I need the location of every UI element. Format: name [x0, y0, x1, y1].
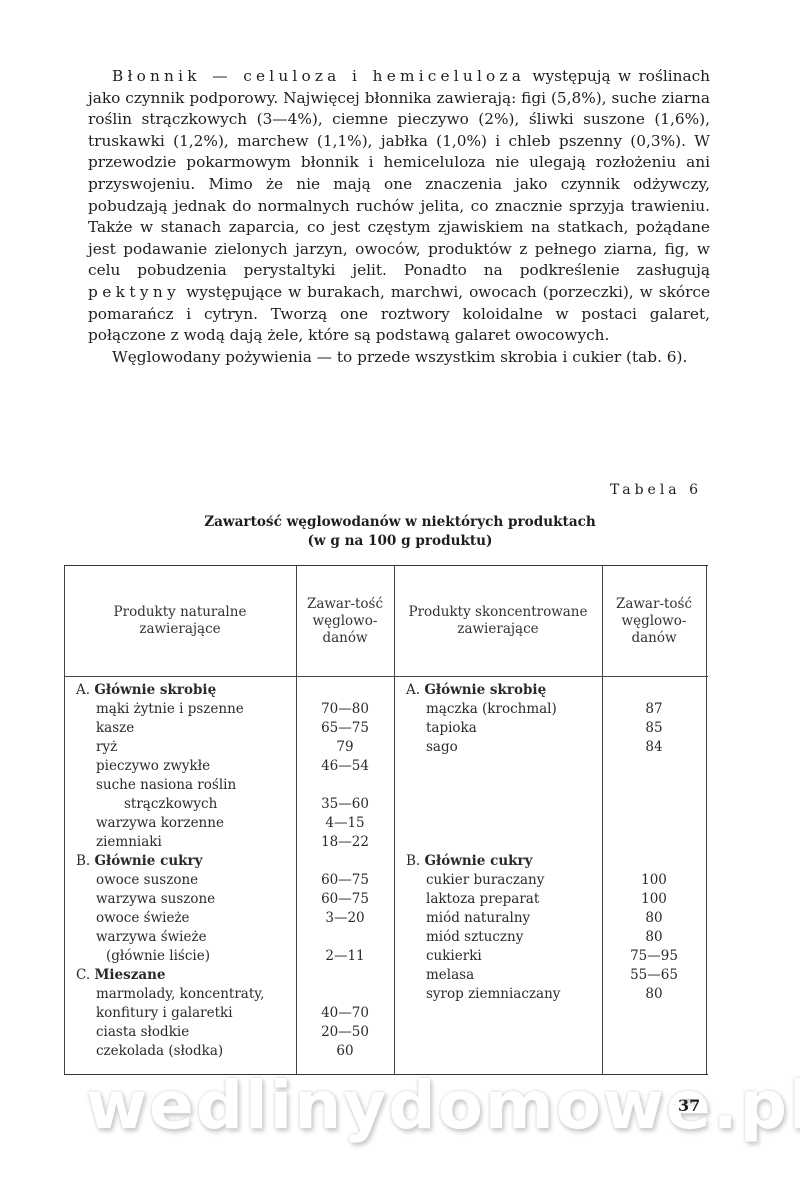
value-cell: 85 [602, 719, 706, 738]
body-text: Błonnik — celuloza i hemiceluloza występ… [88, 66, 710, 368]
table-row: ziemniaki [76, 833, 296, 852]
value-cell: 100 [602, 871, 706, 890]
value-cell: 35—60 [296, 795, 394, 814]
table-row: marmolady, koncentraty, [76, 985, 296, 1004]
value-cell [602, 814, 706, 833]
value-cell [296, 852, 394, 871]
table-row: owoce świeże [76, 909, 296, 928]
value-cell [602, 833, 706, 852]
table-row: warzywa suszone [76, 890, 296, 909]
table-row: warzywa korzenne [76, 814, 296, 833]
value-cell: 60—75 [296, 871, 394, 890]
table-row: owoce suszone [76, 871, 296, 890]
natural-values-column: 70—8065—757946—5435—604—1518—2260—7560—7… [296, 681, 394, 1061]
term-pectins: pektyny [88, 283, 180, 301]
value-cell: 60—75 [296, 890, 394, 909]
section-heading: B. Głównie cukry [76, 852, 296, 871]
value-cell: 84 [602, 738, 706, 757]
value-cell: 40—70 [296, 1004, 394, 1023]
table-row: mąki żytnie i pszenne [76, 700, 296, 719]
value-cell: 79 [296, 738, 394, 757]
table-row: konfitury i galaretki [76, 1004, 296, 1023]
value-cell: 60 [296, 1042, 394, 1061]
value-cell [602, 681, 706, 700]
table-row [406, 833, 602, 852]
header-natural: Produkty naturalnezawierające [64, 566, 296, 676]
value-cell [296, 966, 394, 985]
value-cell: 18—22 [296, 833, 394, 852]
table-title: Zawartość węglowodanów w niektórych prod… [0, 513, 800, 551]
value-cell: 70—80 [296, 700, 394, 719]
table-row: mączka (krochmal) [406, 700, 602, 719]
value-cell: 55—65 [602, 966, 706, 985]
value-cell: 65—75 [296, 719, 394, 738]
table-label: Tabela 6 [610, 482, 702, 498]
book-page: Błonnik — celuloza i hemiceluloza występ… [0, 0, 800, 1183]
table-row: laktoza preparat [406, 890, 602, 909]
value-cell: 80 [602, 928, 706, 947]
value-cell: 20—50 [296, 1023, 394, 1042]
header-concentrated: Produkty skoncentrowanezawierające [394, 566, 602, 676]
value-cell: 100 [602, 890, 706, 909]
concentrated-products-column: A. Głównie skrobięmączka (krochmal)tapio… [406, 681, 602, 1004]
section-heading: A. Głównie skrobię [76, 681, 296, 700]
table-row: miód naturalny [406, 909, 602, 928]
table-row: kasze [76, 719, 296, 738]
table-row: melasa [406, 966, 602, 985]
table-row: pieczywo zwykłe [76, 757, 296, 776]
table-row: (głównie liście) [76, 947, 296, 966]
table-row [406, 776, 602, 795]
table-row: sago [406, 738, 602, 757]
table-row: cukier buraczany [406, 871, 602, 890]
value-cell: 3—20 [296, 909, 394, 928]
section-heading: A. Głównie skrobię [406, 681, 602, 700]
carbohydrate-table: Produkty naturalnezawierające Zawar-tość… [64, 565, 708, 1075]
table-row: czekolada (słodka) [76, 1042, 296, 1061]
table-row: ryż [76, 738, 296, 757]
table-row: cukierki [406, 947, 602, 966]
header-divider [64, 676, 708, 677]
concentrated-values-column: 878584100100808075—9555—6580 [602, 681, 706, 1004]
value-cell: 75—95 [602, 947, 706, 966]
table-row: ciasta słodkie [76, 1023, 296, 1042]
table-row [406, 757, 602, 776]
table-row: syrop ziemniaczany [406, 985, 602, 1004]
value-cell: 87 [602, 700, 706, 719]
header-natural-value: Zawar-tośćwęglowo-danów [296, 566, 394, 676]
value-cell [296, 928, 394, 947]
value-cell: 4—15 [296, 814, 394, 833]
table-row: miód sztuczny [406, 928, 602, 947]
value-cell [602, 757, 706, 776]
table-border-right [706, 566, 707, 1074]
table-row: warzywa świeże [76, 928, 296, 947]
paragraph-fiber: Błonnik — celuloza i hemiceluloza występ… [88, 66, 710, 347]
table-row: tapioka [406, 719, 602, 738]
table-row [406, 795, 602, 814]
value-cell: 80 [602, 985, 706, 1004]
value-cell [296, 776, 394, 795]
value-cell [602, 795, 706, 814]
value-cell: 46—54 [296, 757, 394, 776]
table-row: suche nasiona roślin [76, 776, 296, 795]
term-fiber: Błonnik — celuloza i hemiceluloza [112, 67, 525, 85]
value-cell [296, 681, 394, 700]
value-cell: 2—11 [296, 947, 394, 966]
table-row [406, 814, 602, 833]
section-heading: B. Głównie cukry [406, 852, 602, 871]
value-cell [602, 852, 706, 871]
value-cell: 80 [602, 909, 706, 928]
page-number: 37 [678, 1096, 700, 1115]
table-row: strączkowych [76, 795, 296, 814]
value-cell [296, 985, 394, 1004]
header-concentrated-value: Zawar-tośćwęglowo-danów [602, 566, 706, 676]
section-heading: C. Mieszane [76, 966, 296, 985]
value-cell [602, 776, 706, 795]
natural-products-column: A. Głównie skrobięmąki żytnie i pszennek… [76, 681, 296, 1061]
paragraph-carbohydrates: Węglowodany pożywienia — to przede wszys… [88, 347, 710, 369]
